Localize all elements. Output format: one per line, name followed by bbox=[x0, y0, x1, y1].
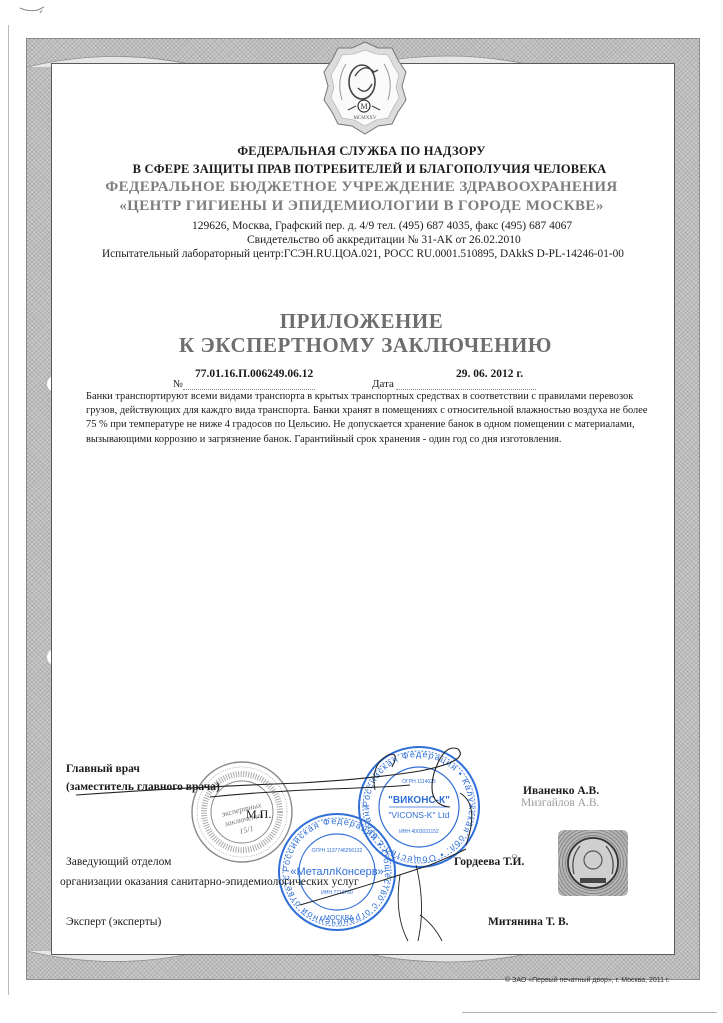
department-name: организации оказания санитарно-эпидемиол… bbox=[60, 876, 359, 888]
svg-text:M: M bbox=[360, 102, 367, 111]
number-label: № bbox=[173, 379, 183, 390]
printer-credit: © ЗАО «Первый печатный двор», г. Москва,… bbox=[505, 977, 670, 984]
agency-name: ФЕДЕРАЛЬНАЯ СЛУЖБА ПО НАДЗОРУ bbox=[0, 144, 723, 159]
testing-lab-center: Испытательный лабораторный центр:ГСЭН.RU… bbox=[102, 248, 624, 260]
organization-address: 129626, Москва, Графский пер. д. 4/9 тел… bbox=[192, 220, 572, 232]
document-subtitle: К ЭКСПЕРТНОМУ ЗАКЛЮЧЕНИЮ bbox=[4, 333, 723, 358]
emblem-icon: M MCMXXV bbox=[322, 40, 408, 140]
seal-place-label: М.П. bbox=[246, 807, 271, 822]
chief-doctor-name: Иваненко А.В. bbox=[523, 785, 599, 797]
expert-label: Эксперт (эксперты) bbox=[66, 916, 161, 928]
organization-center: «ЦЕНТР ГИГИЕНЫ И ЭПИДЕМИОЛОГИИ В ГОРОДЕ … bbox=[0, 198, 723, 215]
svg-text:ОГРН 1137746256132: ОГРН 1137746256132 bbox=[312, 848, 363, 854]
accreditation-certificate: Свидетельство об аккредитации № 31-АК от… bbox=[247, 234, 521, 246]
svg-text:ОГРН 1114025: ОГРН 1114025 bbox=[402, 779, 436, 785]
body-line: грузов, действующих для каждго вида тран… bbox=[86, 404, 668, 418]
body-line: Банки транспортируют всеми видами трансп… bbox=[86, 390, 668, 404]
department-head-suffix: О. bbox=[512, 853, 519, 861]
chief-doctor-label: Главный врач bbox=[66, 763, 140, 775]
body-line: вызывающими коррозию и загрязнение банок… bbox=[86, 433, 668, 447]
svg-text:15/1: 15/1 bbox=[238, 824, 254, 836]
svg-text:ИНН 7713760: ИНН 7713760 bbox=[321, 890, 353, 896]
deputy-chief-name: Мизгайлов А.В. bbox=[521, 797, 599, 809]
svg-text:MCMXXV: MCMXXV bbox=[353, 116, 376, 121]
svg-text:"ВИКОНС-К": "ВИКОНС-К" bbox=[388, 795, 450, 806]
deputy-chief-label: (заместитель главного врача) bbox=[66, 781, 220, 793]
body-line: 75 % при температуре не ниже 4 градосов … bbox=[86, 418, 668, 432]
expert-name: Митянина Т. В. bbox=[488, 916, 569, 928]
date-label: Дата bbox=[372, 378, 394, 390]
svg-text:ИНН 4003031152: ИНН 4003031152 bbox=[399, 829, 439, 835]
svg-text:"VICONS-K" Ltd: "VICONS-K" Ltd bbox=[388, 810, 450, 820]
page-bottom-edge bbox=[462, 1012, 717, 1013]
scan-mark bbox=[18, 4, 54, 16]
guilloche-wave-bottom bbox=[27, 951, 699, 979]
emblem-icon bbox=[558, 830, 628, 896]
organization-name: ФЕДЕРАЛЬНОЕ БЮДЖЕТНОЕ УЧРЕЖДЕНИЕ ЗДРАВОО… bbox=[0, 179, 723, 196]
svg-text:г.МОСКВА: г.МОСКВА bbox=[320, 915, 353, 922]
metallkonserv-stamp: Российская Федерация • Общество с ограни… bbox=[277, 812, 397, 932]
storage-conditions-text: Банки транспортируют всеми видами трансп… bbox=[86, 390, 668, 447]
conclusion-date: 29. 06. 2012 г. bbox=[456, 368, 523, 380]
department-head-label: Заведующий отделом bbox=[66, 856, 171, 868]
document-title: ПРИЛОЖЕНИЕ bbox=[0, 309, 723, 334]
agency-scope: В СФЕРЕ ЗАЩИТЫ ПРАВ ПОТРЕБИТЕЛЕЙ И БЛАГО… bbox=[8, 162, 723, 177]
conclusion-number: 77.01.16.П.006249.06.12 bbox=[195, 368, 313, 380]
hologram-seal bbox=[558, 830, 628, 896]
